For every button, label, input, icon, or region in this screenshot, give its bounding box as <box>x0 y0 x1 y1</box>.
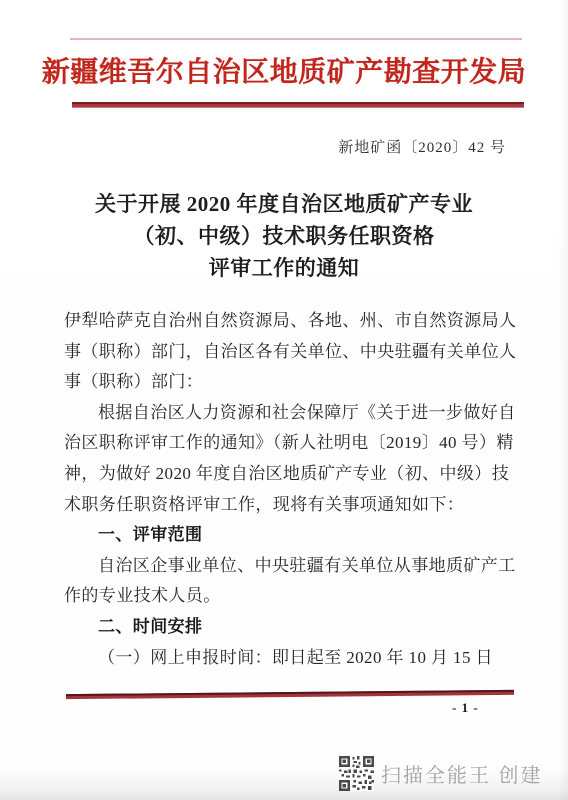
body-line: 神，为做好 2020 年度自治区地质矿产专业（初、中级）技 <box>64 459 510 490</box>
document-title-line: 评审工作的通知 <box>0 252 568 284</box>
document-title: 关于开展 2020 年度自治区地质矿产专业 （初、中级）技术职务任职资格 评审工… <box>0 188 568 284</box>
body-line: 根据自治区人力资源和社会保障厅《关于进一步做好自 <box>64 398 510 429</box>
page-number: - 1 - <box>452 700 479 716</box>
body-line: （一）网上申报时间：即日起至 2020 年 10 月 15 日 <box>64 643 510 674</box>
top-red-hairline <box>70 38 522 40</box>
document-reference-number: 新地矿函〔2020〕42 号 <box>338 136 506 157</box>
letterhead-agency-name: 新疆维吾尔自治区地质矿产勘查开发局 <box>0 50 568 90</box>
scanner-watermark: 扫描全能王 创建 <box>339 756 543 791</box>
body-line: 二、时间安排 <box>64 612 510 643</box>
footer-divider-rule <box>66 690 514 699</box>
qr-code-icon <box>339 756 374 791</box>
body-line: 作的专业技术人员。 <box>64 581 510 612</box>
body-line: 事（职称）部门，自治区各有关单位、中央驻疆有关单位人 <box>64 337 510 368</box>
scanned-document-page: 新疆维吾尔自治区地质矿产勘查开发局 新地矿函〔2020〕42 号 关于开展 20… <box>0 0 568 800</box>
letterhead-divider-rule <box>72 102 524 107</box>
scanner-watermark-text: 扫描全能王 创建 <box>381 759 543 788</box>
body-line: 伊犁哈萨克自治州自然资源局、各地、州、市自然资源局人 <box>64 306 510 337</box>
body-line: 事（职称）部门： <box>64 367 510 398</box>
body-line: 术职务任职资格评审工作，现将有关事项通知如下： <box>64 490 510 521</box>
body-line: 治区职称评审工作的通知》（新人社明电〔2019〕40 号）精 <box>64 428 510 459</box>
document-body: 伊犁哈萨克自治州自然资源局、各地、州、市自然资源局人事（职称）部门，自治区各有关… <box>64 306 510 673</box>
document-title-line: （初、中级）技术职务任职资格 <box>0 220 568 252</box>
body-line: 一、评审范围 <box>64 520 510 551</box>
document-title-line: 关于开展 2020 年度自治区地质矿产专业 <box>0 188 568 220</box>
scan-edge-shadow <box>558 0 568 800</box>
body-line: 自治区企事业单位、中央驻疆有关单位从事地质矿产工 <box>64 551 510 582</box>
